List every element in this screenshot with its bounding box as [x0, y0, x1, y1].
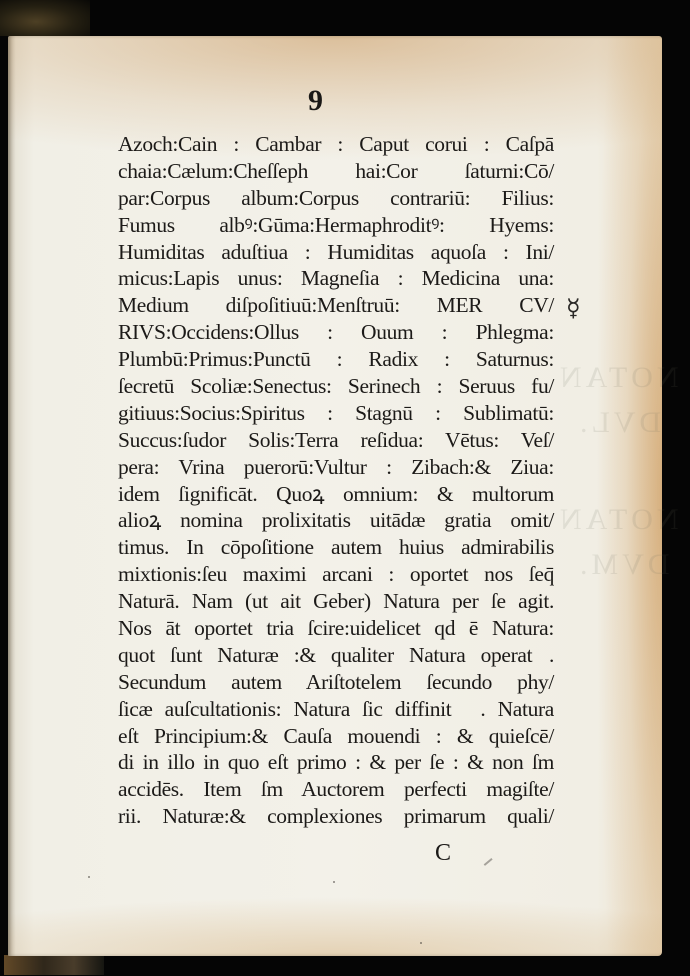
pencil-mark: [484, 858, 493, 866]
paper-speck: [333, 881, 335, 883]
text-line: Plumbū:Primus:Punctū : Radix : Saturnus:: [118, 346, 554, 373]
book-binding-bottom: [4, 955, 104, 975]
bleed-through-text: NOTAN: [556, 503, 679, 537]
text-line: rii. Naturæ:& complexiones primarum qual…: [118, 803, 554, 830]
text-line: micus:Lapis unus: Magneſia : Medicina un…: [118, 265, 554, 292]
scanned-book-spread: NOTAN DVL. NOTAN DVM. 9 Azoch:Cain : Cam…: [0, 0, 690, 976]
text-line: ſecretū Scoliæ:Senectus: Serinech : Seru…: [118, 373, 554, 400]
paper-speck: [88, 876, 90, 878]
text-line: Nos āt oportet tria ſcire:uidelicet qd ē…: [118, 615, 554, 642]
paper-speck: [420, 942, 422, 944]
bleed-through-text: DVL.: [576, 406, 661, 440]
text-line: eſt Principium:& Cauſa mouendi : & quieſ…: [118, 723, 554, 750]
text-line: Naturā. Nam (ut ait Geber) Natura per ſe…: [118, 588, 554, 615]
text-line: pera: Vrina puerorū:Vultur : Zibach:& Zi…: [118, 454, 554, 481]
text-line: ſicæ auſcultationis: Natura ſic diffinit…: [118, 696, 554, 723]
text-line: Fumus albꝰ:Gūma:Hermaphroditꝰ: Hyems:: [118, 212, 554, 239]
bleed-through-text: DVM.: [576, 548, 670, 582]
text-line: di in illo in quo eſt primo : & per ſe :…: [118, 749, 554, 776]
text-line: par:Corpus album:Corpus contrariū: Filiu…: [118, 185, 554, 212]
body-text: Azoch:Cain : Cambar : Caput corui : Caſp…: [118, 131, 554, 830]
text-line: RIVS:Occidens:Ollus : Ouum : Phlegma:: [118, 319, 554, 346]
bleed-through-text: NOTAN: [556, 361, 679, 395]
text-line: alioꝝ nomina prolixitatis uitādæ gratia …: [118, 507, 554, 534]
signature-mark: C: [435, 840, 451, 867]
text-line: idem ſignificāt. Quoꝝ omnium: & multorum: [118, 481, 554, 508]
text-line: chaia:Cælum:Cheſſeph hai:Cor ſaturni:Cō/: [118, 158, 554, 185]
text-line: mixtionis:ſeu maximi arcani : oportet no…: [118, 561, 554, 588]
page-number: 9: [308, 84, 323, 118]
text-line: Azoch:Cain : Cambar : Caput corui : Caſp…: [118, 131, 554, 158]
text-line: quot ſunt Naturæ :& qualiter Natura oper…: [118, 642, 554, 669]
text-line: accidēs. Item ſm Auctorem perfecti magiſ…: [118, 776, 554, 803]
mercury-symbol-icon: ☿: [566, 294, 581, 322]
book-page: NOTAN DVL. NOTAN DVM. 9 Azoch:Cain : Cam…: [8, 36, 662, 956]
text-line: Humiditas aduſtiua : Humiditas aquoſa : …: [118, 239, 554, 266]
text-line: Secundum autem Ariſtotelem ſecundo phy/: [118, 669, 554, 696]
text-line: Medium diſpoſitiuū:Menſtruū: MER CV/: [118, 292, 554, 319]
book-binding-top: [0, 0, 90, 36]
text-line: gitiuus:Socius:Spiritus : Stagnū : Subli…: [118, 400, 554, 427]
text-line: Succus:ſudor Solis:Terra reſidua: Vētus:…: [118, 427, 554, 454]
text-line: timus. In cōpoſitione autem huius admira…: [118, 534, 554, 561]
